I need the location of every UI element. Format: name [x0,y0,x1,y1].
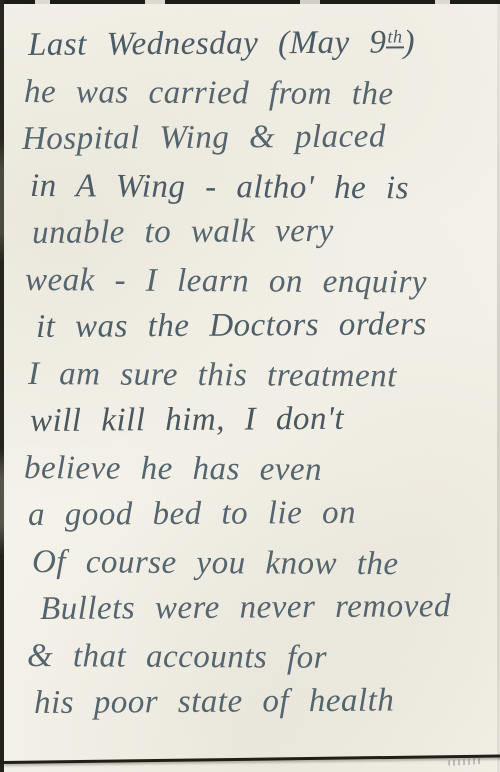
letter-line: his poor state of health [34,677,488,727]
pencil-smudge [448,758,482,766]
letter-line: a good bed to lie on [28,489,488,539]
letter-line: he was carried from the [24,69,488,119]
letter-line: Hospital Wing & placed [22,113,488,163]
letter-line: believe he has even [24,445,488,495]
paper-left-edge [0,0,4,772]
date-line-post: ) [403,24,415,60]
letter-line: it was the Doctors orders [36,301,488,351]
letter-line: Bullets were never removed [40,583,488,633]
letter-line: & that accounts for [27,633,488,683]
letter-line: I am sure this treatment [28,351,488,401]
letter-line-date: Last Wednesday (May 9th) [28,19,488,69]
paper-bottom-edge [4,754,500,764]
paper-top-edge [0,0,500,4]
letter-line: Of course you know the [32,539,488,589]
scanned-letter-page: Last Wednesday (May 9th) he was carried … [0,0,500,772]
letter-line: in A Wing - altho' he is [30,163,488,213]
letter-line: weak - I learn on enquiry [25,257,488,307]
letter-line: unable to walk very [32,207,488,257]
letter-line: will kill him, I don't [30,395,488,445]
letter-text: Last Wednesday (May 9th) he was carried … [22,22,488,727]
ordinal-superscript: th [386,27,403,48]
date-line-pre: Last Wednesday (May 9 [28,24,387,63]
